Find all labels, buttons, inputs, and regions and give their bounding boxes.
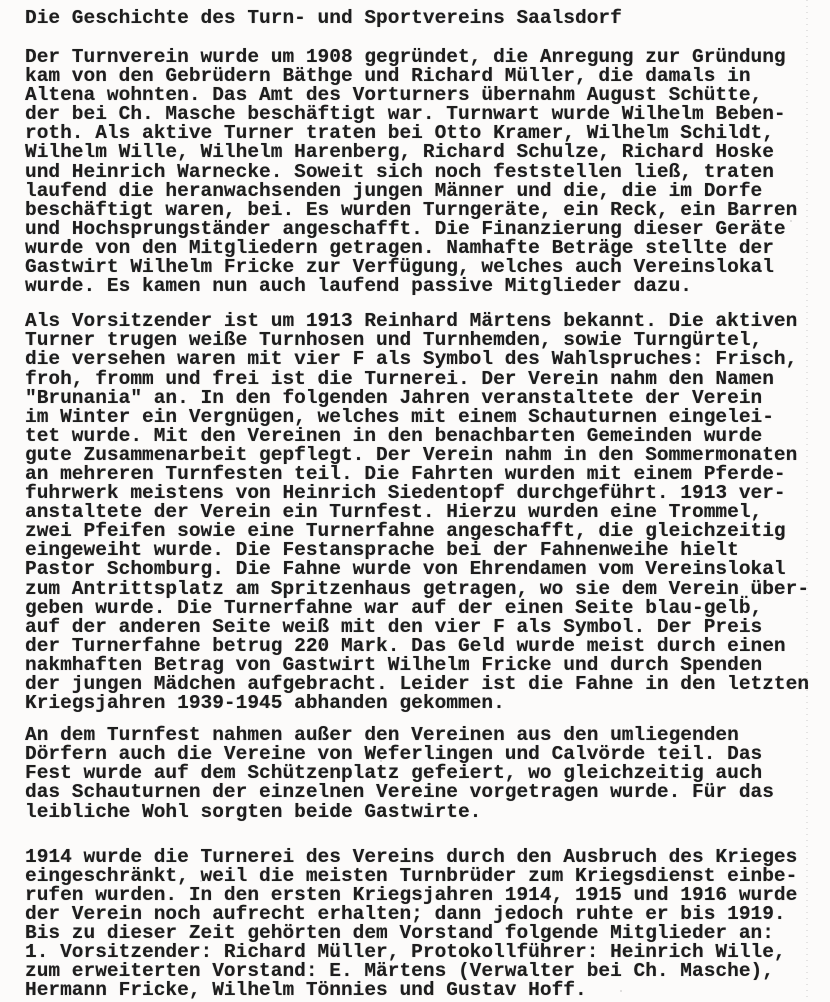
document-title: Die Geschichte des Turn- und Sportverein… [25,8,815,28]
scanned-document-page: Die Geschichte des Turn- und Sportverein… [0,0,830,1002]
paragraph-1913-flag-consecration: Als Vorsitzender ist um 1913 Reinhard Mä… [25,312,815,713]
paper-speck [380,760,382,762]
paragraph-founding-1908: Der Turnverein wurde um 1908 gegründet, … [25,48,815,296]
paragraph-1914-war-years: 1914 wurde die Turnerei des Vereins durc… [25,848,815,1001]
paragraph-turnfest-neighboring-clubs: An dem Turnfest nahmen außer den Vereine… [25,726,815,821]
